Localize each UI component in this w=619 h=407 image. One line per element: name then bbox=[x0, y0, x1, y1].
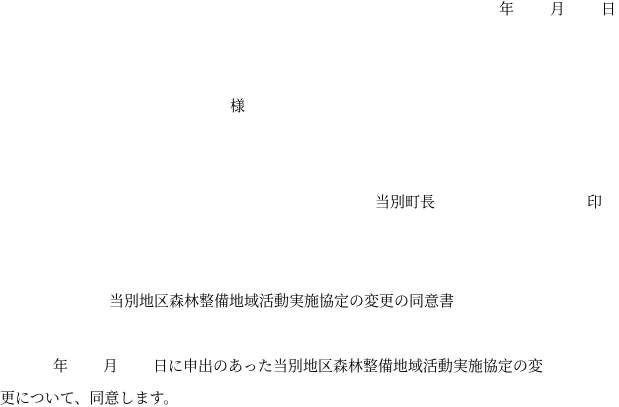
seal-mark: 印 bbox=[587, 193, 602, 211]
body-line-1: 年月日に申出のあった当別地区森林整備地域活動実施協定の変 bbox=[0, 357, 619, 375]
sender-title: 当別町長 bbox=[375, 193, 435, 211]
date-day-label: 日 bbox=[601, 0, 616, 18]
body-line-2: 更について、同意します。 bbox=[0, 389, 178, 407]
body-month-label: 月 bbox=[103, 357, 118, 375]
document-title: 当別地区森林整備地域活動実施協定の変更の同意書 bbox=[109, 292, 454, 310]
addressee-honorific: 様 bbox=[230, 97, 245, 115]
date-year-label: 年 bbox=[499, 0, 514, 18]
body-year-label: 年 bbox=[53, 357, 68, 375]
date-month-label: 月 bbox=[550, 0, 565, 18]
body-line-1-text: 日に申出のあった当別地区森林整備地域活動実施協定の変 bbox=[153, 357, 543, 375]
